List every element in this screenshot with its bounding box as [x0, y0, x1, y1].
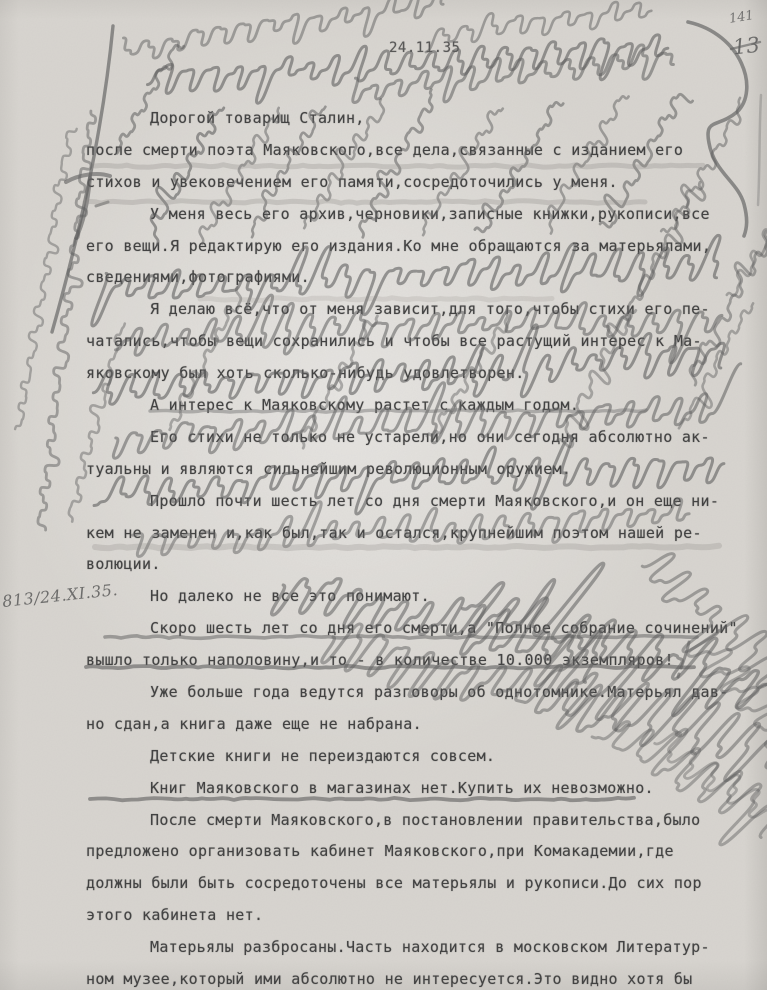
letter-line: ном музее,который ими абсолютно не интер… [86, 964, 746, 990]
letter-line: Скоро шесть лет со дня его смерти,а "Пол… [86, 613, 746, 645]
letter-line: этого кабинета нет. [86, 900, 746, 932]
letter-line: предложено организовать кабинет Маяковск… [86, 836, 746, 868]
struck-page-number-annotation: 13 [732, 33, 761, 60]
letter-line: туальны и являются сильнейшим революцион… [86, 454, 746, 486]
letter-line: Дорогой товарищ Сталин, [86, 103, 746, 135]
letter-line: После смерти Маяковского,в постановлении… [86, 805, 746, 837]
letter-line: сведениями,фотографиями. [86, 262, 746, 294]
letter-line: А интерес к Маяковскому растет с каждым … [86, 390, 746, 422]
letter-line: должны были быть сосредоточены все матер… [86, 868, 746, 900]
letter-line: волюции. [86, 549, 746, 581]
letter-line: стихов и увековечением его памяти,сосред… [86, 167, 746, 199]
typed-date: 24.11.35 [389, 40, 460, 56]
letter-body: Дорогой товарищ Сталин, после смерти поэ… [86, 103, 746, 990]
letter-line: вышло только наполовину,и то - в количес… [86, 645, 746, 677]
letter-line: яковскому был хоть сколько-нибудь удовле… [86, 358, 746, 390]
letter-line: Уже больше года ведутся разговоры об одн… [86, 677, 746, 709]
letter-line: кем не заменен и,как был,так и остался,к… [86, 518, 746, 550]
letter-line: У меня весь его архив,черновики,записные… [86, 199, 746, 231]
letter-line: Я делаю всё,что от меня зависит,для того… [86, 294, 746, 326]
letter-line: чатались,чтобы вещи сохранились и чтобы … [86, 326, 746, 358]
letter-line: Детские книги не переиздаются совсем. [86, 741, 746, 773]
letter-line: после смерти поэта Маяковского,все дела,… [86, 135, 746, 167]
letter-line: его вещи.Я редактирую его издания.Ко мне… [86, 231, 746, 263]
letter-line: Матерьялы разбросаны.Часть находится в м… [86, 932, 746, 964]
letter-line: но сдан,а книга даже еще не набрана. [86, 709, 746, 741]
scanned-letter-page: 24.11.35 141 13 813/24.XI.35. Дорогой то… [0, 0, 767, 990]
letter-line: Прошло почти шесть лет со дня смерти Мая… [86, 486, 746, 518]
letter-line: Книг Маяковского в магазинах нет.Купить … [86, 773, 746, 805]
page-number-annotation: 141 [728, 8, 755, 27]
letter-line: Его стихи не только не устарели,но они с… [86, 422, 746, 454]
letter-line: Но далеко не все это понимают. [86, 581, 746, 613]
